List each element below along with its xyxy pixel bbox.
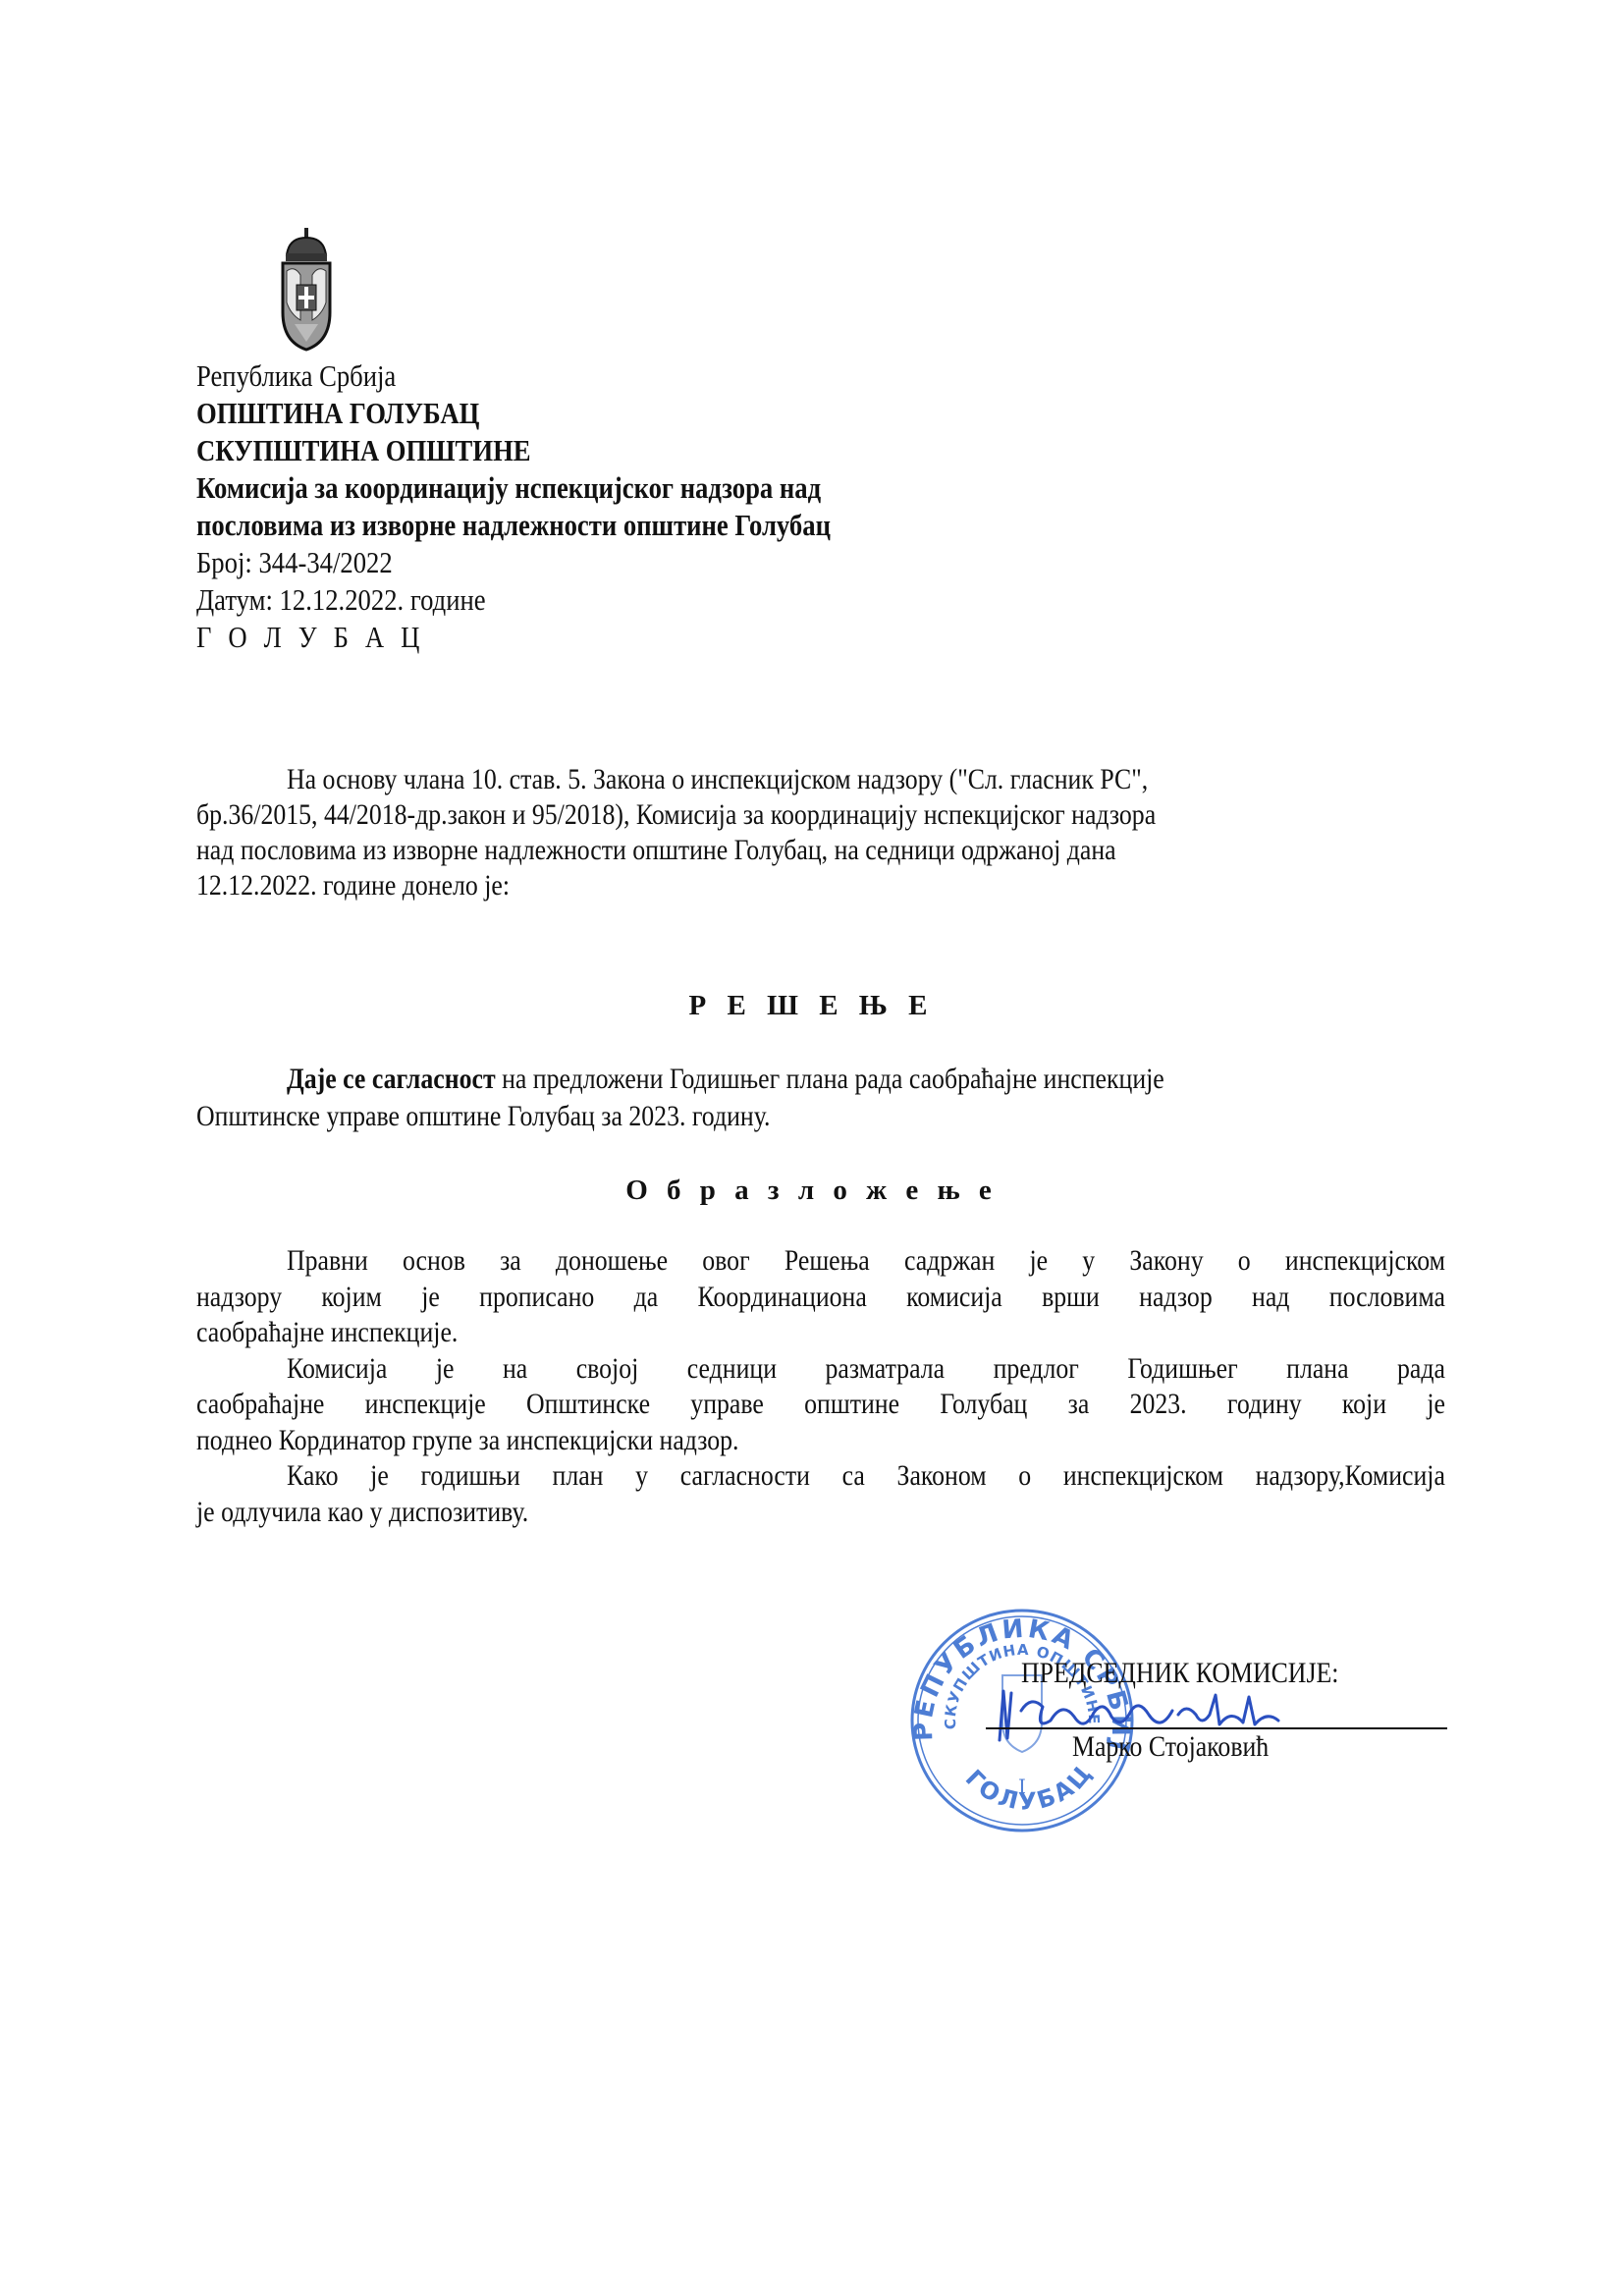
municipality-name: ОПШТИНА ГОЛУБАЦ [196,395,831,432]
document-date: Датум: 12.12.2022. године [196,581,831,619]
reasoning-line: саобраћајне инспекције. [196,1315,1445,1351]
reasoning-line: је одлучила као у диспозитиву. [196,1495,1445,1531]
decision-line1: на предложени Годишњег плана рада саобра… [496,1063,1164,1095]
document-page: Република Србија ОПШТИНА ГОЛУБАЦ СКУПШТИ… [0,0,1623,2296]
reasoning-title: О б р а з л о ж е њ е [0,1175,1623,1207]
reasoning-line: поднео Кординатор групе за инспекцијски … [196,1423,1445,1459]
country-name: Република Србија [196,357,831,395]
reasoning-text: Правни основ за доношење овог Решења сад… [196,1243,1271,1530]
assembly-name: СКУПШТИНА ОПШТИНЕ [196,432,831,469]
decision-bold-lead: Даје се сагласност [287,1063,496,1095]
document-header: Република Србија ОПШТИНА ГОЛУБАЦ СКУПШТИ… [196,357,831,656]
decision-text: Даје се сагласност на предложени Годишње… [196,1061,1164,1135]
intro-line: На основу члана 10. став. 5. Закона о ин… [196,762,1294,797]
intro-line: над пословима из изворне надлежности опш… [196,833,1294,868]
reasoning-line: надзору којим је прописано да Координаци… [196,1280,1445,1316]
signature-line [986,1727,1447,1729]
signatory-name: Марко Стојаковић [1072,1730,1269,1764]
commission-name-line2: пословима из изворне надлежности општине… [196,507,831,544]
reasoning-line: Правни основ за доношење овог Решења сад… [196,1243,1445,1280]
document-place: Г О Л У Б А Ц [196,619,831,656]
document-number: Број: 344-34/2022 [196,544,831,581]
commission-name-line1: Комисија за координацију нспекцијског на… [196,469,831,507]
decision-line2: Општинске управе општине Голубац за 2023… [196,1098,1164,1135]
reasoning-line: Како је годишњи план у сагласности са За… [196,1458,1445,1495]
intro-paragraph: На основу члана 10. став. 5. Закона о ин… [196,762,1294,903]
decision-title: Р Е Ш Е Њ Е [0,990,1623,1022]
intro-line: 12.12.2022. године донело је: [196,868,1294,903]
svg-text:ГОЛУБАЦ: ГОЛУБАЦ [960,1758,1099,1816]
reasoning-line: саобраћајне инспекције Општинске управе … [196,1387,1445,1423]
svg-text:I: I [1018,1775,1026,1798]
coat-of-arms-icon [277,226,336,354]
intro-line: бр.36/2015, 44/2018-др.закон и 95/2018),… [196,797,1294,833]
reasoning-line: Комисија је на својој седници разматрала… [196,1351,1445,1388]
